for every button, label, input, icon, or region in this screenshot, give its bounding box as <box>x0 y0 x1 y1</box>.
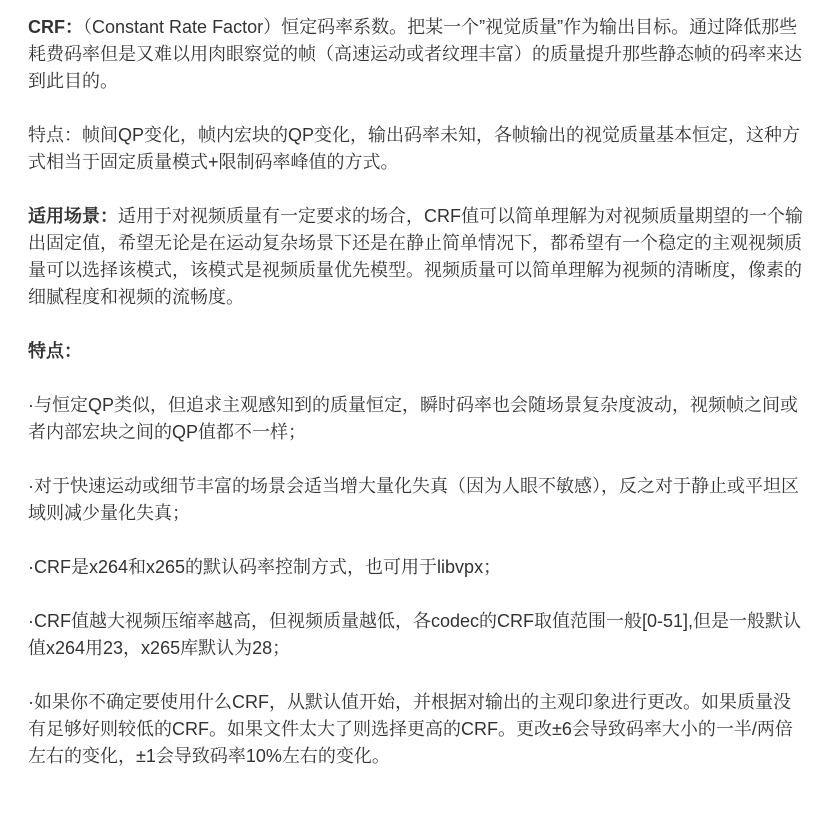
document-body: CRF：（Constant Rate Factor）恒定码率系数。把某一个”视觉… <box>28 14 806 770</box>
paragraph: ·对于快速运动或细节丰富的场景会适当增大量化失真（因为人眼不敏感），反之对于静止… <box>28 473 806 527</box>
paragraph: CRF：（Constant Rate Factor）恒定码率系数。把某一个”视觉… <box>28 14 806 95</box>
paragraph: 适用场景：适用于对视频质量有一定要求的场合，CRF值可以简单理解为对视频质量期望… <box>28 203 806 311</box>
paragraph-lead: 特点： <box>28 341 82 361</box>
paragraph: ·CRF值越大视频压缩率越高，但视频质量越低，各codec的CRF取值范围一般[… <box>28 608 806 662</box>
paragraph: ·如果你不确定要使用什么CRF，从默认值开始，并根据对输出的主观印象进行更改。如… <box>28 689 806 770</box>
paragraph-lead: CRF： <box>28 17 83 37</box>
paragraph-lead: 适用场景： <box>28 206 118 226</box>
paragraph: 特点：帧间QP变化，帧内宏块的QP变化，输出码率未知，各帧输出的视觉质量基本恒定… <box>28 122 806 176</box>
paragraph: ·CRF是x264和x265的默认码率控制方式，也可用于libvpx； <box>28 554 806 581</box>
section-heading: 特点： <box>28 338 806 365</box>
paragraph: ·与恒定QP类似，但追求主观感知到的质量恒定，瞬时码率也会随场景复杂度波动，视频… <box>28 392 806 446</box>
